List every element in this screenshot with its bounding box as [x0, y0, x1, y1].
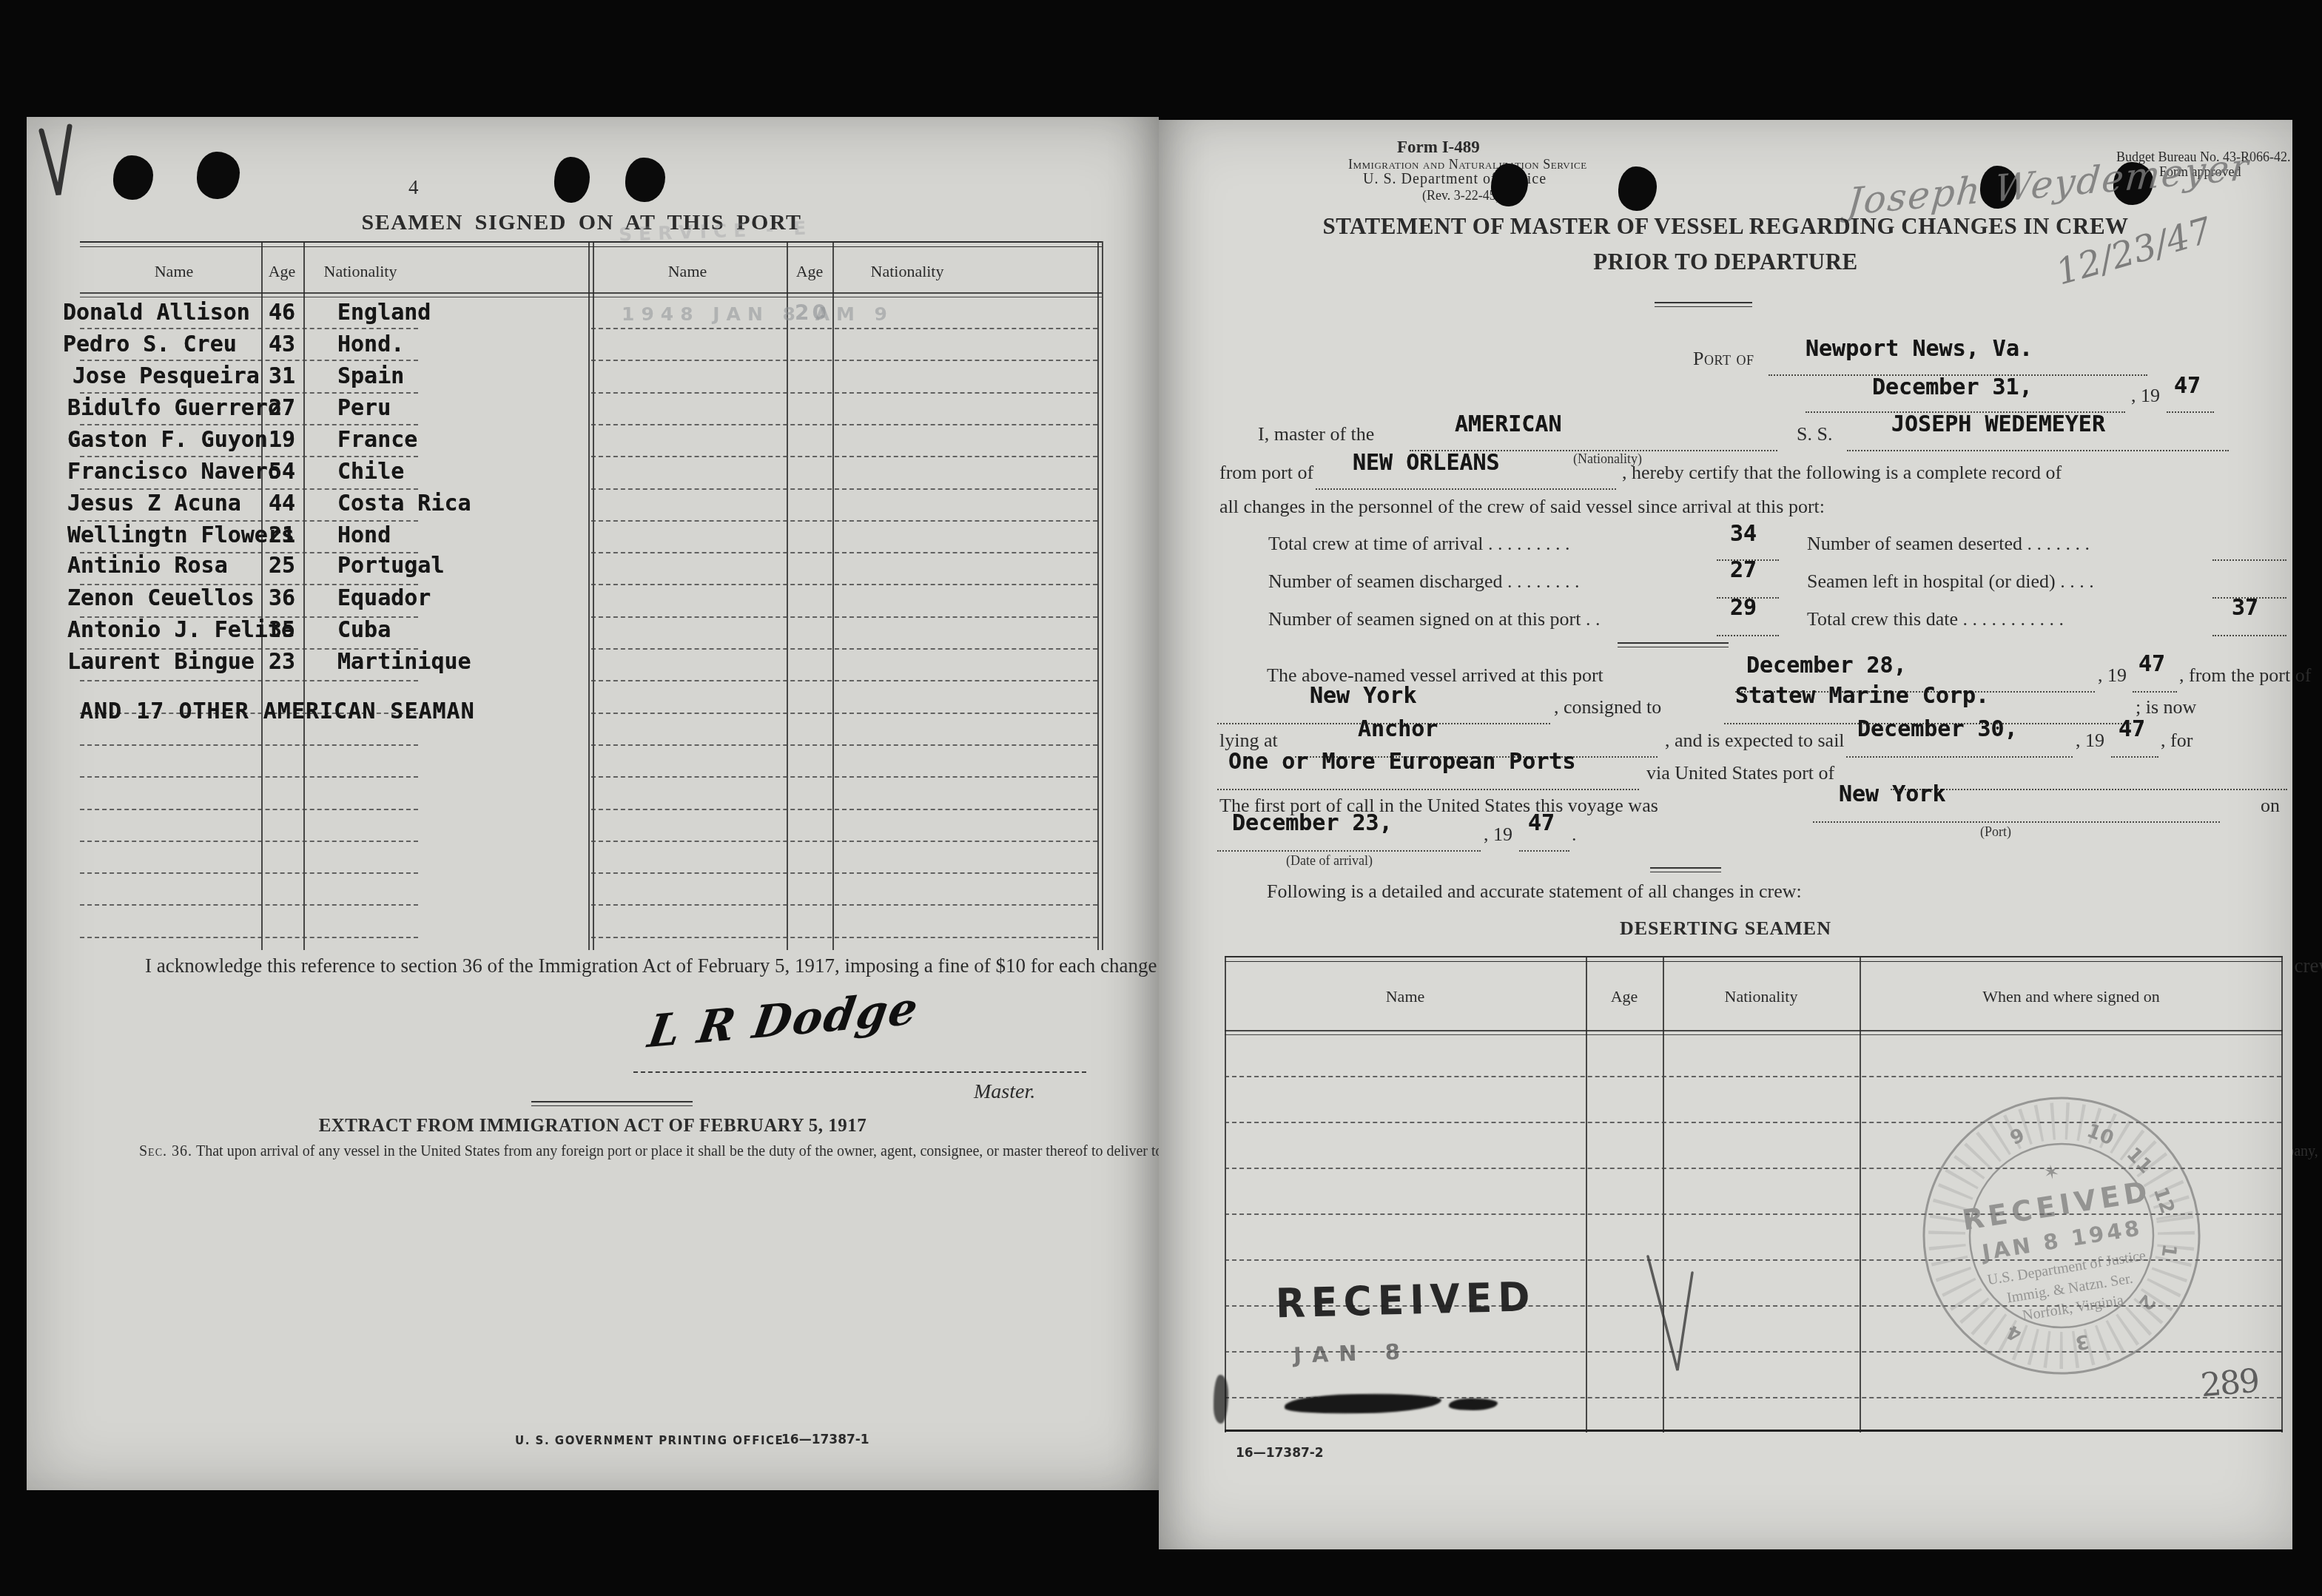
row-line [591, 809, 1097, 810]
row-line [591, 616, 1097, 618]
row-line [591, 328, 1097, 329]
seaman-age: 31 [269, 363, 295, 389]
table-row: Pedro S. Creu 43 Hond. [27, 331, 589, 361]
printer-code: 16—17387-2 [1236, 1446, 1324, 1461]
stamp-clock-number: 12 [2149, 1184, 2178, 1216]
table-bottom-rule [1225, 1430, 2283, 1432]
left-page: 4 SEAMEN SIGNED ON AT THIS PORT SERVICE … [27, 117, 1159, 1490]
row-line [591, 744, 1097, 746]
table-edge [1097, 241, 1099, 950]
seaman-age: 54 [269, 459, 295, 485]
section-rule [531, 1101, 693, 1106]
row-line [591, 713, 1097, 714]
seaman-nationality: Hond [337, 522, 391, 548]
stamp-clock-number: 2 [2134, 1290, 2160, 1315]
seaman-age: 27 [269, 395, 295, 421]
received-stamp: RECEIVED [1275, 1274, 1536, 1327]
ghost-date-stamp-time: 20 [795, 300, 829, 325]
seaman-name: Wellingtn Flowers [67, 522, 295, 548]
seaman-name: Antinio Rosa [67, 553, 228, 579]
seaman-age: 46 [269, 300, 295, 326]
seaman-nationality: Martinique [337, 649, 471, 675]
master-signature: L R Dodge [645, 982, 923, 1058]
table-row: Bidulfo Guerrero 27 Peru [27, 395, 589, 425]
right-page: Form I-489 Immigration and Naturalizatio… [1159, 120, 2292, 1549]
hole-punch-dot [554, 157, 590, 203]
seaman-nationality: Hond. [337, 331, 404, 357]
row-line [80, 680, 418, 681]
row-line [80, 744, 418, 746]
stamp-star-icon: ✶ [2042, 1161, 2061, 1185]
row-line [591, 680, 1097, 681]
seaman-name: Zenon Ceuellos [67, 585, 255, 611]
signature-line [633, 1071, 1086, 1073]
table-edge [2281, 956, 2283, 1432]
seaman-name: Jesus Z Acuna [67, 491, 241, 516]
seaman-age: 43 [269, 331, 295, 357]
row-line [591, 841, 1097, 842]
table-row: Jose Pesqueira 31 Spain [27, 363, 589, 393]
seaman-age: 25 [269, 553, 295, 579]
seaman-age: 36 [269, 585, 295, 611]
row-line [591, 776, 1097, 778]
seaman-nationality: Chile [337, 459, 404, 485]
row-line [591, 584, 1097, 585]
row-line [591, 392, 1097, 394]
seaman-nationality: Equador [337, 585, 431, 611]
stamp-clock-number: 1 [2156, 1242, 2180, 1259]
seaman-age: 19 [269, 427, 295, 453]
extract-paragraph: Sec. 36. That upon arrival of any vessel… [95, 1144, 1104, 1159]
seaman-age: 44 [269, 491, 295, 516]
other-seamen-note: AND 17 OTHER AMERICAN SEAMAN [80, 698, 475, 724]
seaman-nationality: Costa Rica [337, 491, 471, 516]
seaman-age: 35 [269, 617, 295, 643]
seaman-name: Antonio J. Felite [67, 617, 295, 643]
seaman-age: 21 [269, 522, 295, 548]
row-line [80, 809, 418, 810]
row-line [591, 872, 1097, 874]
seaman-name: Laurent Bingue [67, 649, 255, 675]
table-row: Laurent Bingue 23 Martinique [27, 649, 589, 679]
seaman-nationality: Cuba [337, 617, 391, 643]
row-line [591, 648, 1097, 650]
row-line [80, 841, 418, 842]
table-row: Zenon Ceuellos 36 Equador [27, 585, 589, 615]
handwritten-checkmark-icon [1643, 1250, 1703, 1384]
row-line [591, 937, 1097, 938]
seaman-name: Bidulfo Guerrero [67, 395, 281, 421]
table-row: Antonio J. Felite 35 Cuba [27, 617, 589, 647]
seaman-nationality: Spain [337, 363, 404, 389]
table-row: Donald Allison 46 England [27, 300, 589, 329]
extract-section-lead: Sec. 36. [139, 1143, 192, 1159]
table-edge [1102, 241, 1103, 950]
row-line [80, 904, 418, 906]
extract-title: EXTRACT FROM IMMIGRATION ACT OF FEBRUARY… [27, 1116, 1159, 1137]
seaman-nationality: England [337, 300, 431, 326]
table-row: Jesus Z Acuna 44 Costa Rica [27, 491, 589, 520]
seaman-nationality: Portugal [337, 553, 445, 579]
scanned-document: 4 SEAMEN SIGNED ON AT THIS PORT SERVICE … [0, 0, 2322, 1596]
table-row: Francisco Navero 54 Chile [27, 459, 589, 488]
row-line [591, 360, 1097, 361]
row-line [591, 520, 1097, 522]
row-line [591, 552, 1097, 553]
table-row: Antinio Rosa 25 Portugal [27, 553, 589, 582]
received-circular-stamp: 9 10 11 12 1 2 3 4 ✶ RECEIVED JAN 8 1948… [1892, 1066, 2231, 1405]
received-stamp-date: JAN 8 [1293, 1339, 1410, 1367]
seaman-age: 23 [269, 649, 295, 675]
ghost-date-stamp: 1948 JAN 8 AM 9 [622, 303, 894, 325]
signature-role: Master. [974, 1080, 1035, 1104]
row-line [591, 904, 1097, 906]
seaman-nationality: Peru [337, 395, 391, 421]
seaman-name: Pedro S. Creu [63, 331, 237, 357]
row-line [80, 937, 418, 938]
row-line [80, 872, 418, 874]
seaman-name: Jose Pesqueira [73, 363, 260, 389]
seaman-name: Gaston F. Guyon [67, 427, 268, 453]
seaman-name: Donald Allison [63, 300, 250, 326]
row-lines-group2 [591, 117, 1097, 953]
printer-code: 16—17387-1 [781, 1432, 869, 1447]
seaman-nationality: France [337, 427, 417, 453]
row-line [80, 520, 418, 522]
stamp-graphic: 9 10 11 12 1 2 3 4 ✶ RECEIVED JAN 8 1948… [1892, 1066, 2231, 1405]
seaman-name: Francisco Navero [67, 459, 281, 485]
row-line [591, 424, 1097, 425]
table-row: Wellingtn Flowers 21 Hond [27, 522, 589, 552]
printer-imprint: U. S. GOVERNMENT PRINTING OFFICE [515, 1434, 784, 1447]
acknowledgment-paragraph: I acknowledge this reference to section … [104, 954, 1103, 977]
row-line [591, 456, 1097, 457]
row-line [591, 488, 1097, 490]
row-line [80, 776, 418, 778]
pencil-number: 289 [2199, 1362, 2260, 1405]
table-row: Gaston F. Guyon 19 France [27, 427, 589, 457]
